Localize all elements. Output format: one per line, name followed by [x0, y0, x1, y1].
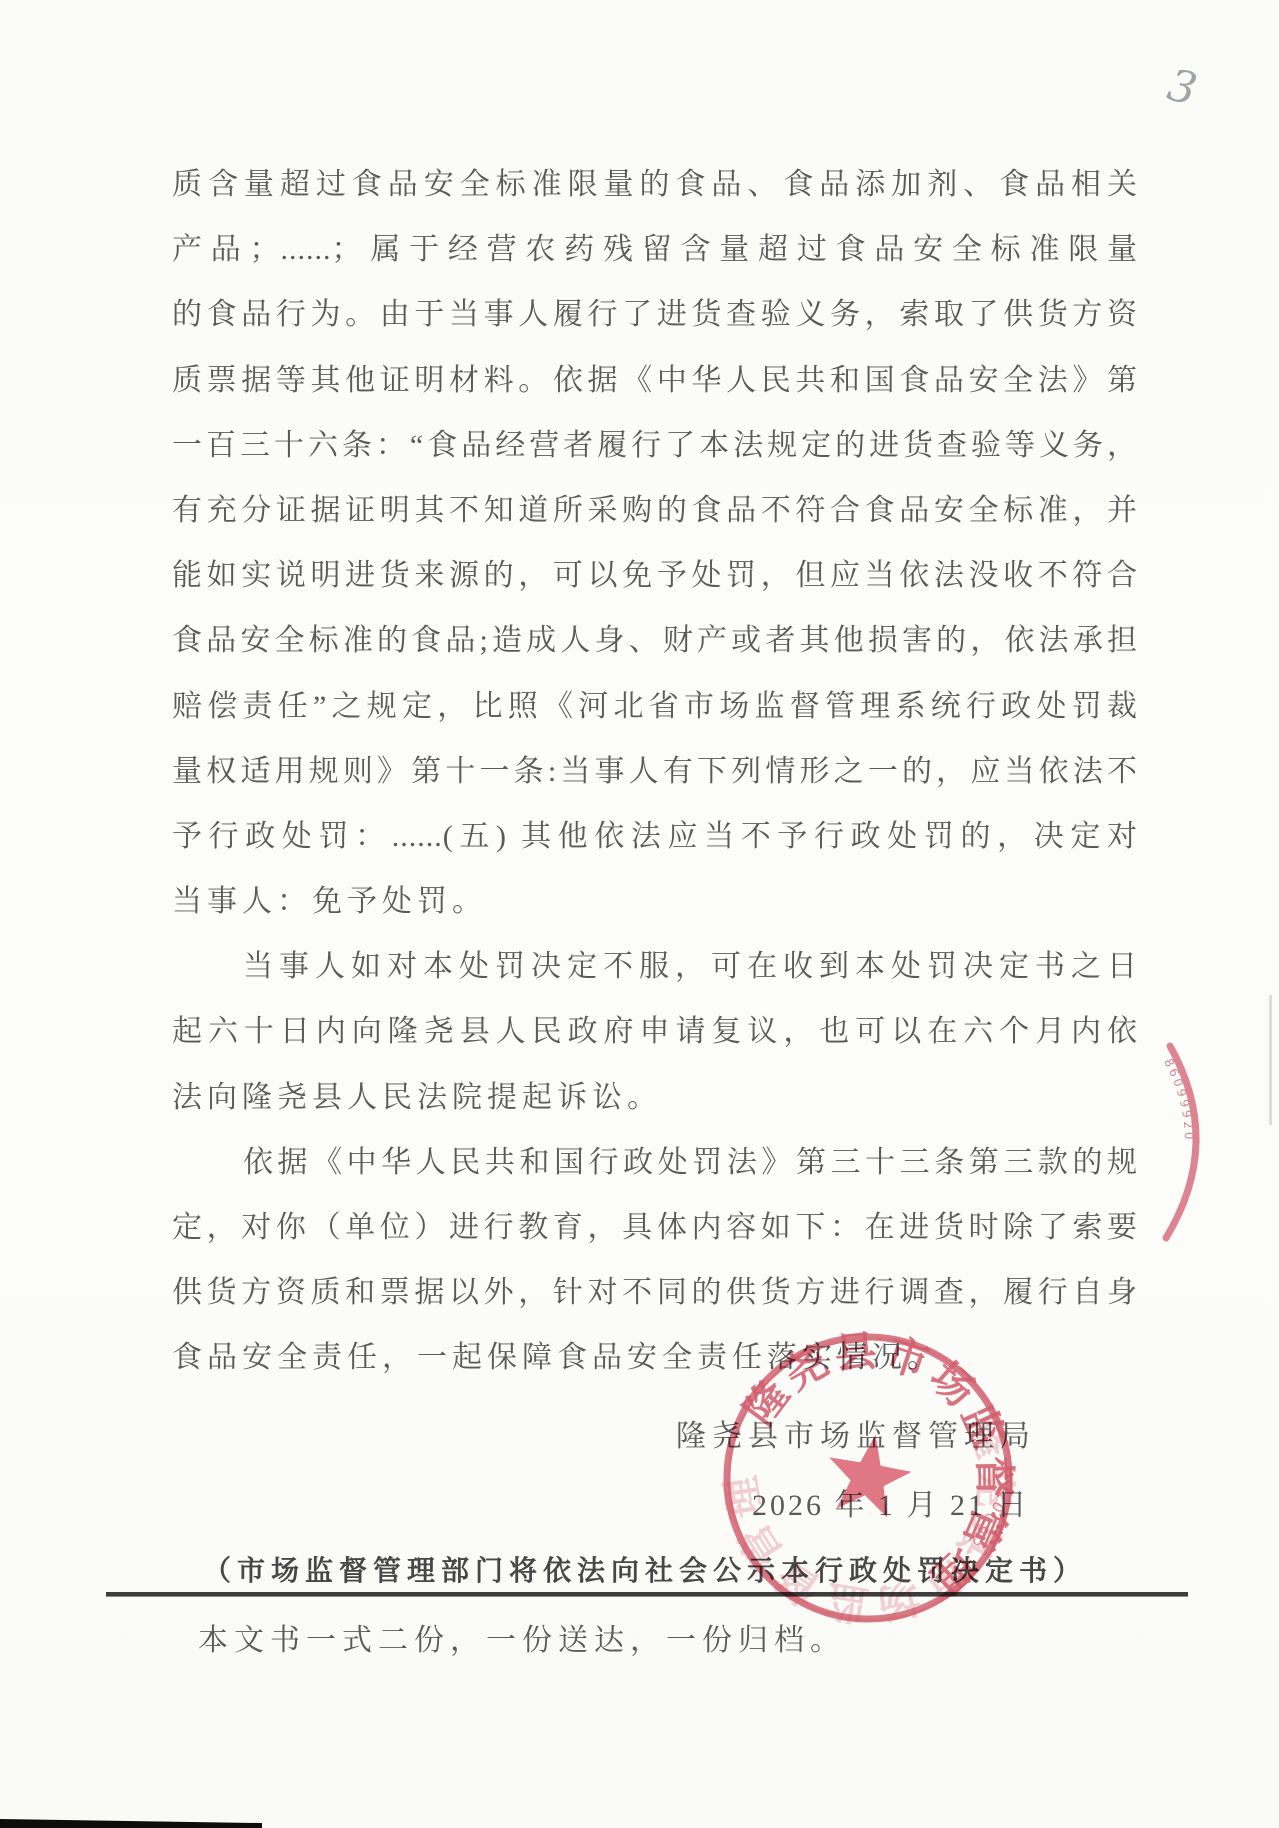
star-icon [829, 1435, 911, 1518]
scan-edge-strip [0, 1819, 262, 1828]
body-line: 供货方资质和票据以外，针对不同的供货方进行调查，履行自身 [172, 1260, 1138, 1325]
body-line: 食品安全标准的食品;造成人身、财产或者其他损害的，依法承担 [172, 608, 1138, 673]
handwritten-page-number: 3 [1158, 60, 1206, 114]
body-line: 一百三十六条：“食品经营者履行了本法规定的进货查验等义务， [172, 413, 1138, 478]
body-line: 当事人如对本处罚决定不服，可在收到本处罚决定书之日 [172, 934, 1138, 999]
body-line: 质票据等其他证明材料。依据《中华人民共和国食品安全法》第 [172, 348, 1138, 413]
svg-text:隆尧县市场监督管理局: 隆尧县市场监督管理局 [714, 1403, 1028, 1638]
body-line: 起六十日内向隆尧县人民政府申请复议，也可以在六个月内依 [172, 999, 1138, 1064]
paper-edge-artifact [1269, 995, 1272, 1125]
body-line: 质含量超过食品安全标准限量的食品、食品添加剂、食品相关 [172, 152, 1138, 217]
body-line: 依据《中华人民共和国行政处罚法》第三十三条第三款的规 [172, 1130, 1138, 1195]
scanned-document-page: 3 质含量超过食品安全标准限量的食品、食品添加剂、食品相关产品；......；属… [0, 0, 1279, 1828]
body-line: 当事人：免予处罚。 [172, 869, 1138, 934]
body-line: 赔偿责任”之规定，比照《河北省市场监督管理系统行政处罚裁 [172, 674, 1138, 739]
official-seal: 隆尧县市场监督管理局 20092 隆尧县市场监督管理局 [708, 1318, 1028, 1638]
body-line: 量权适用规则》第十一条:当事人有下列情形之一的，应当依法不 [172, 739, 1138, 804]
body-line: 定，对你（单位）进行教育，具体内容如下：在进货时除了索要 [172, 1195, 1138, 1260]
partial-stamp-arc: 86099920 [1140, 1042, 1240, 1252]
document-body: 质含量超过食品安全标准限量的食品、食品添加剂、食品相关产品；......；属于经… [172, 152, 1138, 1391]
body-line: 的食品行为。由于当事人履行了进货查验义务，索取了供货方资 [172, 282, 1138, 347]
body-line: 法向隆尧县人民法院提起诉讼。 [172, 1065, 1138, 1130]
body-line: 予行政处罚：......(五) 其他依法应当不予行政处罚的，决定对 [172, 804, 1138, 869]
body-line: 有充分证据证明其不知道所采购的食品不符合食品安全标准，并 [172, 478, 1138, 543]
body-line: 能如实说明进货来源的，可以免予处罚，但应当依法没收不符合 [172, 543, 1138, 608]
body-line: 产品；......；属于经营农药残留含量超过食品安全标准限量 [172, 217, 1138, 282]
